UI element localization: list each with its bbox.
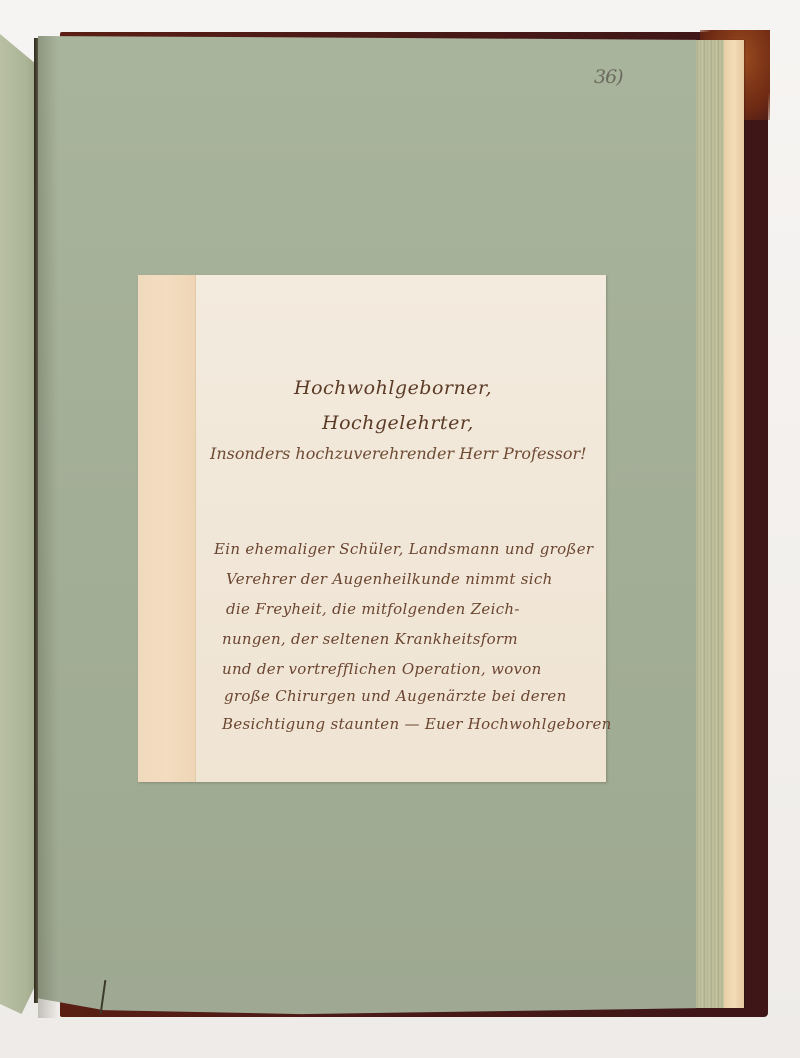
salutation-line-2: Hochgelehrter, [322, 412, 474, 434]
body-line-3: die Freyheit, die mitfolgenden Zeich- [226, 600, 520, 618]
cream-page-edge [724, 40, 744, 1008]
body-line-7: Besichtigung staunten — Euer Hochwohlgeb… [222, 715, 612, 733]
body-line-4: nungen, der seltenen Krankheitsform [222, 630, 518, 648]
binding-shadow [38, 36, 58, 1018]
body-line-1: Ein ehemaliger Schüler, Landsmann und gr… [214, 540, 593, 558]
body-line-2: Verehrer der Augenheilkunde nimmt sich [226, 570, 553, 588]
body-line-5: und der vortrefflichen Operation, wovon [222, 660, 542, 678]
binding-gutter [34, 38, 38, 1003]
mounting-hinge-strip [138, 275, 196, 782]
salutation-line-1: Hochwohlgeborner, [294, 377, 492, 399]
left-facing-page [0, 24, 36, 1024]
page-number: 36) [594, 66, 623, 88]
salutation-line-3: Insonders hochzuverehrender Herr Profess… [210, 444, 587, 463]
mounted-letter: Hochwohlgeborner, Hochgelehrter, Insonde… [138, 275, 606, 782]
body-line-6: große Chirurgen und Augenärzte bei deren [224, 687, 567, 705]
